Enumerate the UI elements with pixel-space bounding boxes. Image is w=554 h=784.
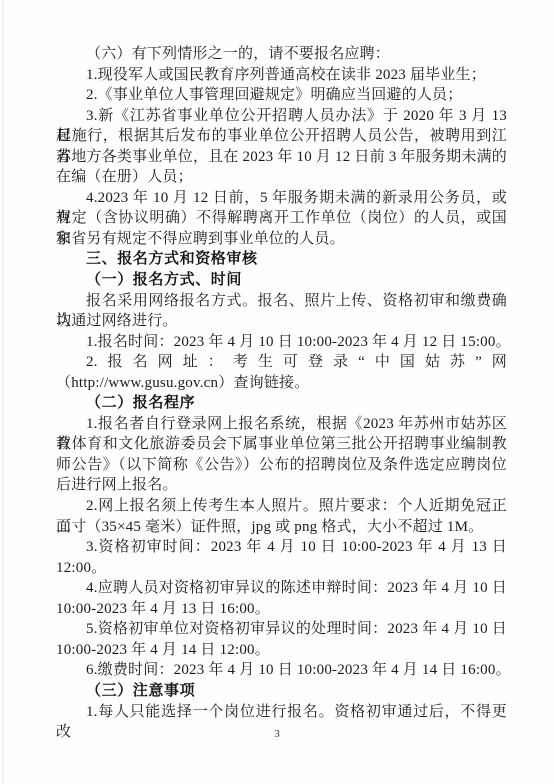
paragraph-line: 二寸（35×45 毫米）证件照，jpg 或 png 格式，大小不超过 1M。: [56, 517, 507, 538]
paragraph-line: （六）有下列情形之一的，请不要报名应聘：: [56, 44, 507, 65]
document-text-block: （六）有下列情形之一的，请不要报名应聘： 1.现役军人或国民教育序列普通高校在读…: [56, 44, 507, 722]
section-heading: （一）报名方式、时间: [56, 270, 507, 291]
paragraph-line: 2.报名网址：考生可登录“中国姑苏”网: [56, 352, 507, 373]
paragraph-line: 1.报名者自行登录网上报名系统，根据《2023 年苏州市姑苏区教: [56, 414, 507, 435]
page-number: 3: [0, 727, 554, 741]
paragraph-line: 师公告》（以下简称《公告》）公布的招聘岗位及条件选定应聘岗位: [56, 455, 507, 476]
document-page: （六）有下列情形之一的，请不要报名应聘： 1.现役军人或国民教育序列普通高校在读…: [0, 0, 554, 784]
paragraph-line: 育体育和文化旅游委员会下属事业单位第三批公开招聘事业编制教: [56, 434, 507, 455]
paragraph-line: 在编（在册）人员；: [56, 167, 507, 188]
paragraph-line: 5.资格初审单位对资格初审异议的处理时间：2023 年 4 月 10 日: [56, 619, 507, 640]
paragraph-line: 4.应聘人员对资格初审异议的陈述申辩时间：2023 年 4 月 10 日: [56, 578, 507, 599]
paragraph-line: 2.网上报名须上传考生本人照片。照片要求：个人近期免冠正面: [56, 496, 507, 517]
section-heading: （二）报名程序: [56, 393, 507, 414]
paragraph-line: 规定（含协议明确）不得解聘离开工作单位（岗位）的人员，或国家: [56, 208, 507, 229]
section-heading: （三）注意事项: [56, 681, 507, 702]
section-heading: 三、报名方式和资格审核: [56, 249, 507, 270]
paragraph-line: 省地方各类事业单位，且在 2023 年 10 月 12 日前 3 年服务期未满的: [56, 147, 507, 168]
paragraph-line: 报名采用网络报名方式。报名、照片上传、资格初审和缴费确认: [56, 291, 507, 312]
paragraph-line: 3.资格初审时间：2023 年 4 月 10 日 10:00-2023 年 4 …: [56, 537, 507, 558]
paragraph-line: 1.现役军人或国民教育序列普通高校在读非 2023 届毕业生；: [56, 65, 507, 86]
paragraph-line: 1.报名时间：2023 年 4 月 10 日 10:00-2023 年 4 月 …: [56, 332, 507, 353]
paragraph-line: 和省另有规定不得应聘到事业单位的人员。: [56, 229, 507, 250]
paragraph-line: 6.缴费时间：2023 年 4 月 10 日 10:00-2023 年 4 月 …: [56, 660, 507, 681]
paragraph-line: 4.2023 年 10 月 12 日前，5 年服务期未满的新录用公务员，或有: [56, 188, 507, 209]
paragraph-line: 12:00。: [56, 558, 507, 579]
scan-edge-shadow: [2, 0, 4, 784]
paragraph-line: 10:00-2023 年 4 月 14 日 12:00。: [56, 640, 507, 661]
paragraph-line: 3.新《江苏省事业单位公开招聘人员办法》于 2020 年 3 月 13 日: [56, 106, 507, 127]
paragraph-line: 1.每人只能选择一个岗位进行报名。资格初审通过后，不得更改: [56, 702, 507, 723]
paragraph-line: 2.《事业单位人事管理回避规定》明确应当回避的人员；: [56, 85, 507, 106]
paragraph-line: 起施行，根据其后发布的事业单位公开招聘人员公告，被聘用到江苏: [56, 126, 507, 147]
paragraph-line: 均通过网络进行。: [56, 311, 507, 332]
paragraph-line: （http://www.gusu.gov.cn）查询链接。: [56, 373, 507, 394]
paragraph-line: 后进行网上报名。: [56, 475, 507, 496]
paragraph-line: 10:00-2023 年 4 月 13 日 16:00。: [56, 599, 507, 620]
